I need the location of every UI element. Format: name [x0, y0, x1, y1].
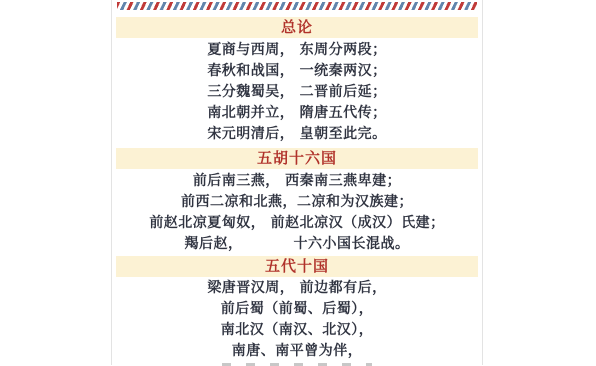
- section-title: 总论: [281, 18, 313, 36]
- section-title: 五代十国: [265, 257, 329, 275]
- verse-line: 夏商与西周， 东周分两段；: [116, 40, 478, 61]
- verse-line: 宋元明清后， 皇朝至此完。: [116, 124, 478, 145]
- verse-line: 三分魏蜀吴， 二晋前后延；: [116, 82, 478, 103]
- verse-line: 前西二凉和北燕，二凉和为汉族建；: [116, 192, 478, 213]
- verse-line: 前后蜀（前蜀、后蜀），: [116, 299, 478, 320]
- verse-line: 前赵北凉夏匈奴， 前赵北凉汉（成汉）氏建；: [116, 213, 478, 234]
- section-header-five-dynasties: 五代十国: [116, 256, 478, 277]
- section-five-dynasties-verses: 梁唐晋汉周， 前边都有后， 前后蜀（前蜀、后蜀）， 南北汉（南汉、北汉）， 南唐…: [116, 278, 478, 362]
- verse-line: 羯后赵， 十六小国长混战。: [116, 234, 478, 255]
- section-sixteen-kingdoms-verses: 前后南三燕， 西秦南三燕卑建； 前西二凉和北燕，二凉和为汉族建； 前赵北凉夏匈奴…: [116, 171, 478, 255]
- airmail-stripe-border: [117, 2, 477, 10]
- content-panel: 总论 夏商与西周， 东周分两段； 春秋和战国， 一统秦两汉； 三分魏蜀吴， 二晋…: [111, 0, 483, 365]
- verse-line: 春秋和战国， 一统秦两汉；: [116, 61, 478, 82]
- verse-line: 南唐、南平曾为伴，: [116, 341, 478, 362]
- verse-line: 南北汉（南汉、北汉），: [116, 320, 478, 341]
- verse-line: 前后南三燕， 西秦南三燕卑建；: [116, 171, 478, 192]
- verse-line: 梁唐晋汉周， 前边都有后，: [116, 278, 478, 299]
- section-header-general: 总论: [116, 17, 478, 38]
- section-header-sixteen-kingdoms: 五胡十六国: [116, 148, 478, 169]
- section-title: 五胡十六国: [257, 149, 337, 167]
- section-general-verses: 夏商与西周， 东周分两段； 春秋和战国， 一统秦两汉； 三分魏蜀吴， 二晋前后延…: [116, 40, 478, 145]
- verse-line: 南北朝并立， 隋唐五代传；: [116, 103, 478, 124]
